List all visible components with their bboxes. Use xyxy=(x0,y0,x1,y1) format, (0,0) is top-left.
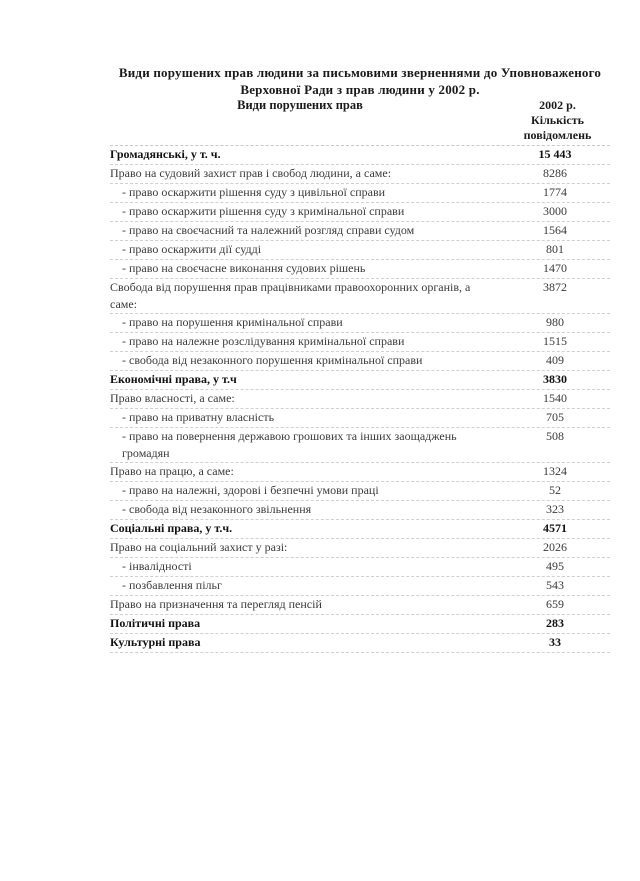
table-row: - інвалідності495 xyxy=(110,558,610,577)
row-value: 1515 xyxy=(520,333,590,350)
row-label: Право на судовий захист прав і свобод лю… xyxy=(110,165,495,182)
row-value: 1564 xyxy=(520,222,590,239)
table-row: - позбавлення пільг543 xyxy=(110,577,610,596)
row-value: 4571 xyxy=(520,520,590,537)
row-value: 508 xyxy=(520,428,590,445)
title-line-2: Верховної Ради з прав людини у 2002 р. xyxy=(100,81,620,98)
header-category: Види порушених прав xyxy=(110,98,490,113)
row-label: Право на призначення та перегляд пенсій xyxy=(110,596,495,613)
header-count: 2002 р. Кількість повідомлень xyxy=(505,98,610,143)
row-value: 1540 xyxy=(520,390,590,407)
row-value: 8286 xyxy=(520,165,590,182)
header-count-label-2: повідомлень xyxy=(505,128,610,143)
table-row: - право оскаржити рішення суду з цивільн… xyxy=(110,184,610,203)
row-label: Свобода від порушення прав працівниками … xyxy=(110,279,495,313)
row-value: 705 xyxy=(520,409,590,426)
row-value: 1470 xyxy=(520,260,590,277)
row-label: - право оскаржити дії судді xyxy=(110,241,495,258)
table-row: - право на повернення державою грошових … xyxy=(110,428,610,463)
row-label: Право на соціальний захист у разі: xyxy=(110,539,495,556)
row-label: - право на повернення державою грошових … xyxy=(110,428,495,462)
row-label: - свобода від незаконного звільнення xyxy=(110,501,495,518)
row-value: 980 xyxy=(520,314,590,331)
row-label: Культурні права xyxy=(110,634,495,651)
table-row: - право на належне розслідування криміна… xyxy=(110,333,610,352)
table-row: Соціальні права, у т.ч.4571 xyxy=(110,520,610,539)
row-value: 409 xyxy=(520,352,590,369)
row-value: 659 xyxy=(520,596,590,613)
row-value: 52 xyxy=(520,482,590,499)
table-row: - право на належні, здорові і безпечні у… xyxy=(110,482,610,501)
table-row: Громадянські, у т. ч.15 443 xyxy=(110,146,610,165)
table-row: Право на призначення та перегляд пенсій6… xyxy=(110,596,610,615)
row-label: - свобода від незаконного порушення крим… xyxy=(110,352,495,369)
row-label: - право на порушення кримінальної справи xyxy=(110,314,495,331)
document-title: Види порушених прав людини за письмовими… xyxy=(100,64,620,98)
table-row: Право на судовий захист прав і свобод лю… xyxy=(110,165,610,184)
row-value: 323 xyxy=(520,501,590,518)
row-label: - позбавлення пільг xyxy=(110,577,495,594)
row-label: Громадянські, у т. ч. xyxy=(110,146,495,163)
row-value: 3872 xyxy=(520,279,590,296)
table-row: - право на своєчасний та належний розгля… xyxy=(110,222,610,241)
header-count-label: Кількість xyxy=(505,113,610,128)
row-label: Політичні права xyxy=(110,615,495,632)
table-body: Громадянські, у т. ч.15 443Право на судо… xyxy=(110,146,610,653)
rights-violations-table: Види порушених прав 2002 р. Кількість по… xyxy=(110,98,610,653)
row-label: - право на приватну власність xyxy=(110,409,495,426)
row-value: 495 xyxy=(520,558,590,575)
row-label: Право на працю, а саме: xyxy=(110,463,495,480)
table-row: - право на своєчасне виконання судових р… xyxy=(110,260,610,279)
row-value: 2026 xyxy=(520,539,590,556)
row-label: - право на належне розслідування криміна… xyxy=(110,333,495,350)
row-label: Економічні права, у т.ч xyxy=(110,371,495,388)
row-label: - право оскаржити рішення суду з цивільн… xyxy=(110,184,495,201)
table-row: - свобода від незаконного порушення крим… xyxy=(110,352,610,371)
row-label: - право на своєчасне виконання судових р… xyxy=(110,260,495,277)
table-row: Свобода від порушення прав працівниками … xyxy=(110,279,610,314)
table-header: Види порушених прав 2002 р. Кількість по… xyxy=(110,98,610,146)
table-row: Економічні права, у т.ч3830 xyxy=(110,371,610,390)
table-row: Культурні права33 xyxy=(110,634,610,653)
row-label: Право власності, а саме: xyxy=(110,390,495,407)
row-value: 543 xyxy=(520,577,590,594)
table-row: - право оскаржити рішення суду з криміна… xyxy=(110,203,610,222)
table-row: - право на приватну власність705 xyxy=(110,409,610,428)
row-label: - право на належні, здорові і безпечні у… xyxy=(110,482,495,499)
row-label: - право оскаржити рішення суду з криміна… xyxy=(110,203,495,220)
row-label: - інвалідності xyxy=(110,558,495,575)
row-value: 283 xyxy=(520,615,590,632)
table-row: Політичні права283 xyxy=(110,615,610,634)
row-value: 3000 xyxy=(520,203,590,220)
row-label: Соціальні права, у т.ч. xyxy=(110,520,495,537)
header-year: 2002 р. xyxy=(505,98,610,113)
table-row: - право оскаржити дії судді801 xyxy=(110,241,610,260)
row-value: 801 xyxy=(520,241,590,258)
table-row: Право на соціальний захист у разі:2026 xyxy=(110,539,610,558)
row-value: 1774 xyxy=(520,184,590,201)
row-value: 1324 xyxy=(520,463,590,480)
table-row: - свобода від незаконного звільнення323 xyxy=(110,501,610,520)
title-line-1: Види порушених прав людини за письмовими… xyxy=(100,64,620,81)
table-row: Право на працю, а саме:1324 xyxy=(110,463,610,482)
row-value: 15 443 xyxy=(520,146,590,163)
row-value: 33 xyxy=(520,634,590,651)
table-row: Право власності, а саме:1540 xyxy=(110,390,610,409)
row-label: - право на своєчасний та належний розгля… xyxy=(110,222,495,239)
row-value: 3830 xyxy=(520,371,590,388)
table-row: - право на порушення кримінальної справи… xyxy=(110,314,610,333)
